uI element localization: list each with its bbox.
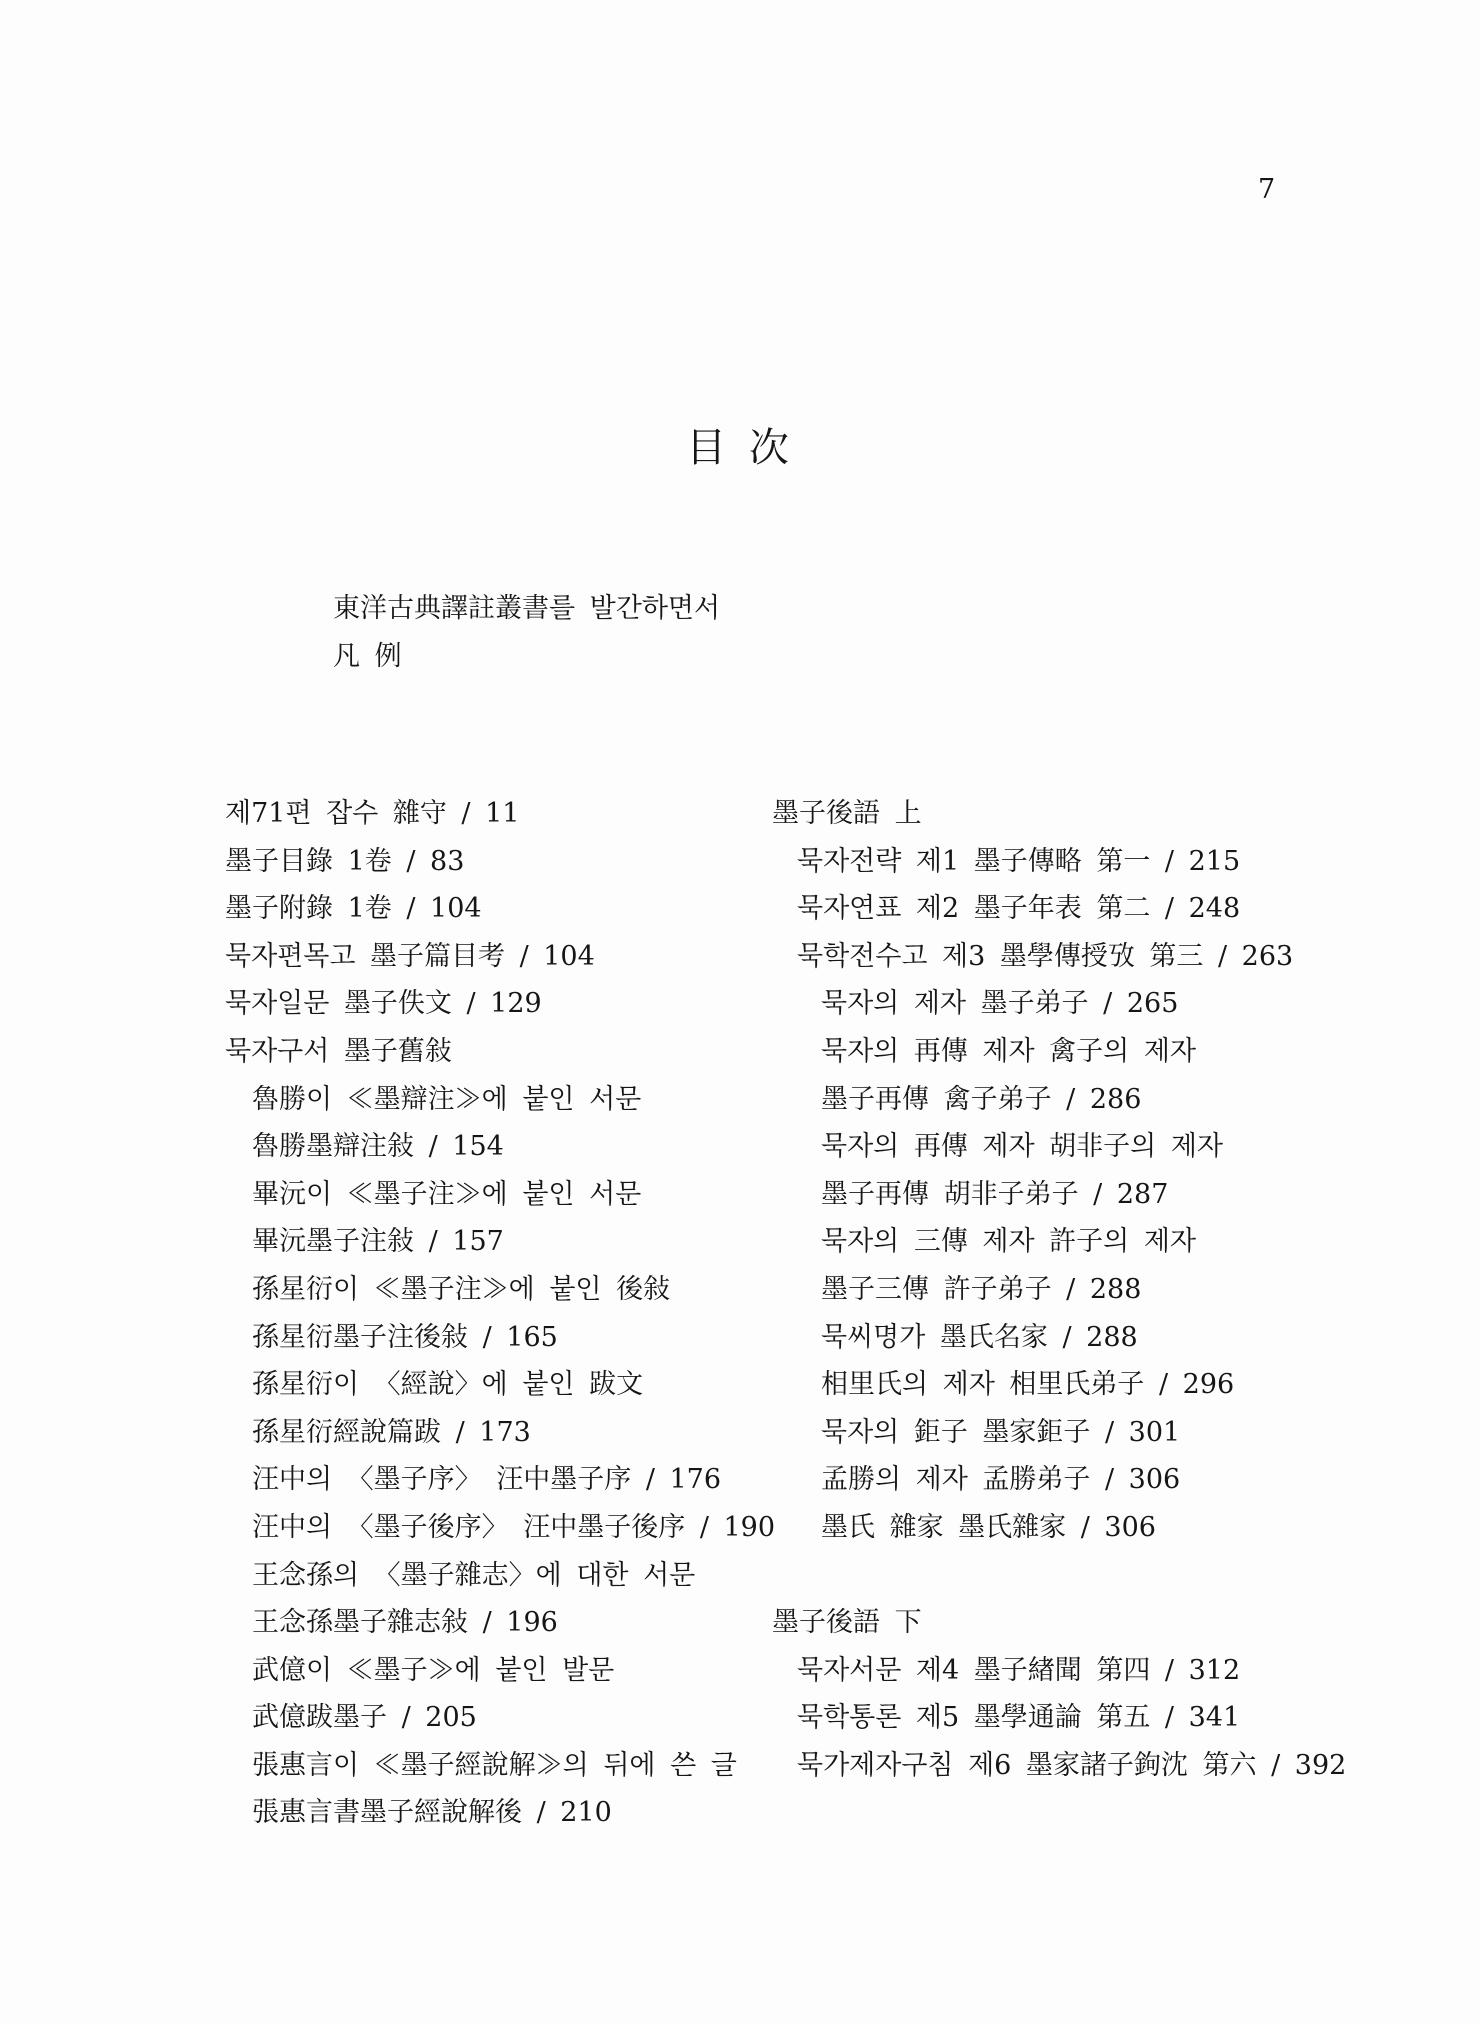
toc-spacer: [772, 1552, 1462, 1600]
toc-entry: 墨子再傳 胡非子弟子 / 287: [772, 1171, 1462, 1219]
toc-entry: 묵씨명가 墨氏名家 / 288: [772, 1314, 1462, 1362]
toc-entry: 孫星衍墨子注後敍 / 165: [225, 1314, 770, 1362]
toc-entry: 武億이 ≪墨子≫에 붙인 발문: [225, 1647, 770, 1695]
toc-entry: 묵자의 三傳 제자 許子의 제자: [772, 1218, 1462, 1266]
toc-entry: 묵자의 再傳 제자 胡非子의 제자: [772, 1123, 1462, 1171]
toc-entry: 汪中의 〈墨子後序〉 汪中墨子後序 / 190: [225, 1504, 770, 1552]
toc-entry: 묵자의 제자 墨子弟子 / 265: [772, 980, 1462, 1028]
toc-entry: 묵자전략 제1 墨子傳略 第一 / 215: [772, 838, 1462, 886]
toc-entry: 墨子再傳 禽子弟子 / 286: [772, 1076, 1462, 1124]
document-page: 7 目 次 東洋古典譯註叢書를 발간하면서 凡 例 제71편 잡수 雜守 / 1…: [0, 0, 1480, 2024]
toc-entry: 張惠言이 ≪墨子經說解≫의 뒤에 쓴 글: [225, 1742, 770, 1790]
toc-entry: 墨子後語 下: [772, 1599, 1462, 1647]
toc-entry: 묵학전수고 제3 墨學傳授攷 第三 / 263: [772, 933, 1462, 981]
toc-entry: 묵자일문 墨子佚文 / 129: [225, 980, 770, 1028]
toc-entry: 孟勝의 제자 孟勝弟子 / 306: [772, 1456, 1462, 1504]
toc-entry: 墨子附錄 1卷 / 104: [225, 885, 770, 933]
toc-entry: 汪中의 〈墨子序〉 汪中墨子序 / 176: [225, 1456, 770, 1504]
toc-entry: 魯勝이 ≪墨辯注≫에 붙인 서문: [225, 1076, 770, 1124]
page-title: 目 次: [0, 424, 1480, 472]
front-matter-line: 東洋古典譯註叢書를 발간하면서: [333, 585, 720, 633]
front-matter-line: 凡 例: [333, 633, 720, 681]
toc-entry: 묵자서문 제4 墨子緖聞 第四 / 312: [772, 1647, 1462, 1695]
toc-entry: 묵가제자구침 제6 墨家諸子鉤沈 第六 / 392: [772, 1742, 1462, 1790]
toc-entry: 묵자의 再傳 제자 禽子의 제자: [772, 1028, 1462, 1076]
toc-entry: 제71편 잡수 雜守 / 11: [225, 790, 770, 838]
toc-entry: 孫星衍經說篇跋 / 173: [225, 1409, 770, 1457]
toc-entry: 王念孫墨子雜志敍 / 196: [225, 1599, 770, 1647]
toc-entry: 畢沅이 ≪墨子注≫에 붙인 서문: [225, 1171, 770, 1219]
toc-right-column: 墨子後語 上묵자전략 제1 墨子傳略 第一 / 215묵자연표 제2 墨子年表 …: [772, 790, 1462, 1789]
toc-left-column: 제71편 잡수 雜守 / 11墨子目錄 1卷 / 83墨子附錄 1卷 / 104…: [225, 790, 770, 1837]
toc-entry: 墨子後語 上: [772, 790, 1462, 838]
toc-entry: 相里氏의 제자 相里氏弟子 / 296: [772, 1361, 1462, 1409]
front-matter: 東洋古典譯註叢書를 발간하면서 凡 例: [333, 585, 720, 680]
toc-entry: 묵자연표 제2 墨子年表 第二 / 248: [772, 885, 1462, 933]
toc-entry: 묵자편목고 墨子篇目考 / 104: [225, 933, 770, 981]
toc-entry: 묵자의 鉅子 墨家鉅子 / 301: [772, 1409, 1462, 1457]
toc-entry: 王念孫의 〈墨子雜志〉에 대한 서문: [225, 1552, 770, 1600]
toc-entry: 畢沅墨子注敍 / 157: [225, 1218, 770, 1266]
toc-entry: 魯勝墨辯注敍 / 154: [225, 1123, 770, 1171]
page-number: 7: [1258, 174, 1275, 206]
toc-entry: 묵자구서 墨子舊敍: [225, 1028, 770, 1076]
toc-entry: 墨子目錄 1卷 / 83: [225, 838, 770, 886]
toc-entry: 孫星衍이 〈經說〉에 붙인 跋文: [225, 1361, 770, 1409]
toc-entry: 묵학통론 제5 墨學通論 第五 / 341: [772, 1694, 1462, 1742]
toc-entry: 張惠言書墨子經說解後 / 210: [225, 1789, 770, 1837]
toc-entry: 武億跋墨子 / 205: [225, 1694, 770, 1742]
toc-entry: 墨氏 雜家 墨氏雜家 / 306: [772, 1504, 1462, 1552]
toc-entry: 墨子三傳 許子弟子 / 288: [772, 1266, 1462, 1314]
toc-entry: 孫星衍이 ≪墨子注≫에 붙인 後敍: [225, 1266, 770, 1314]
